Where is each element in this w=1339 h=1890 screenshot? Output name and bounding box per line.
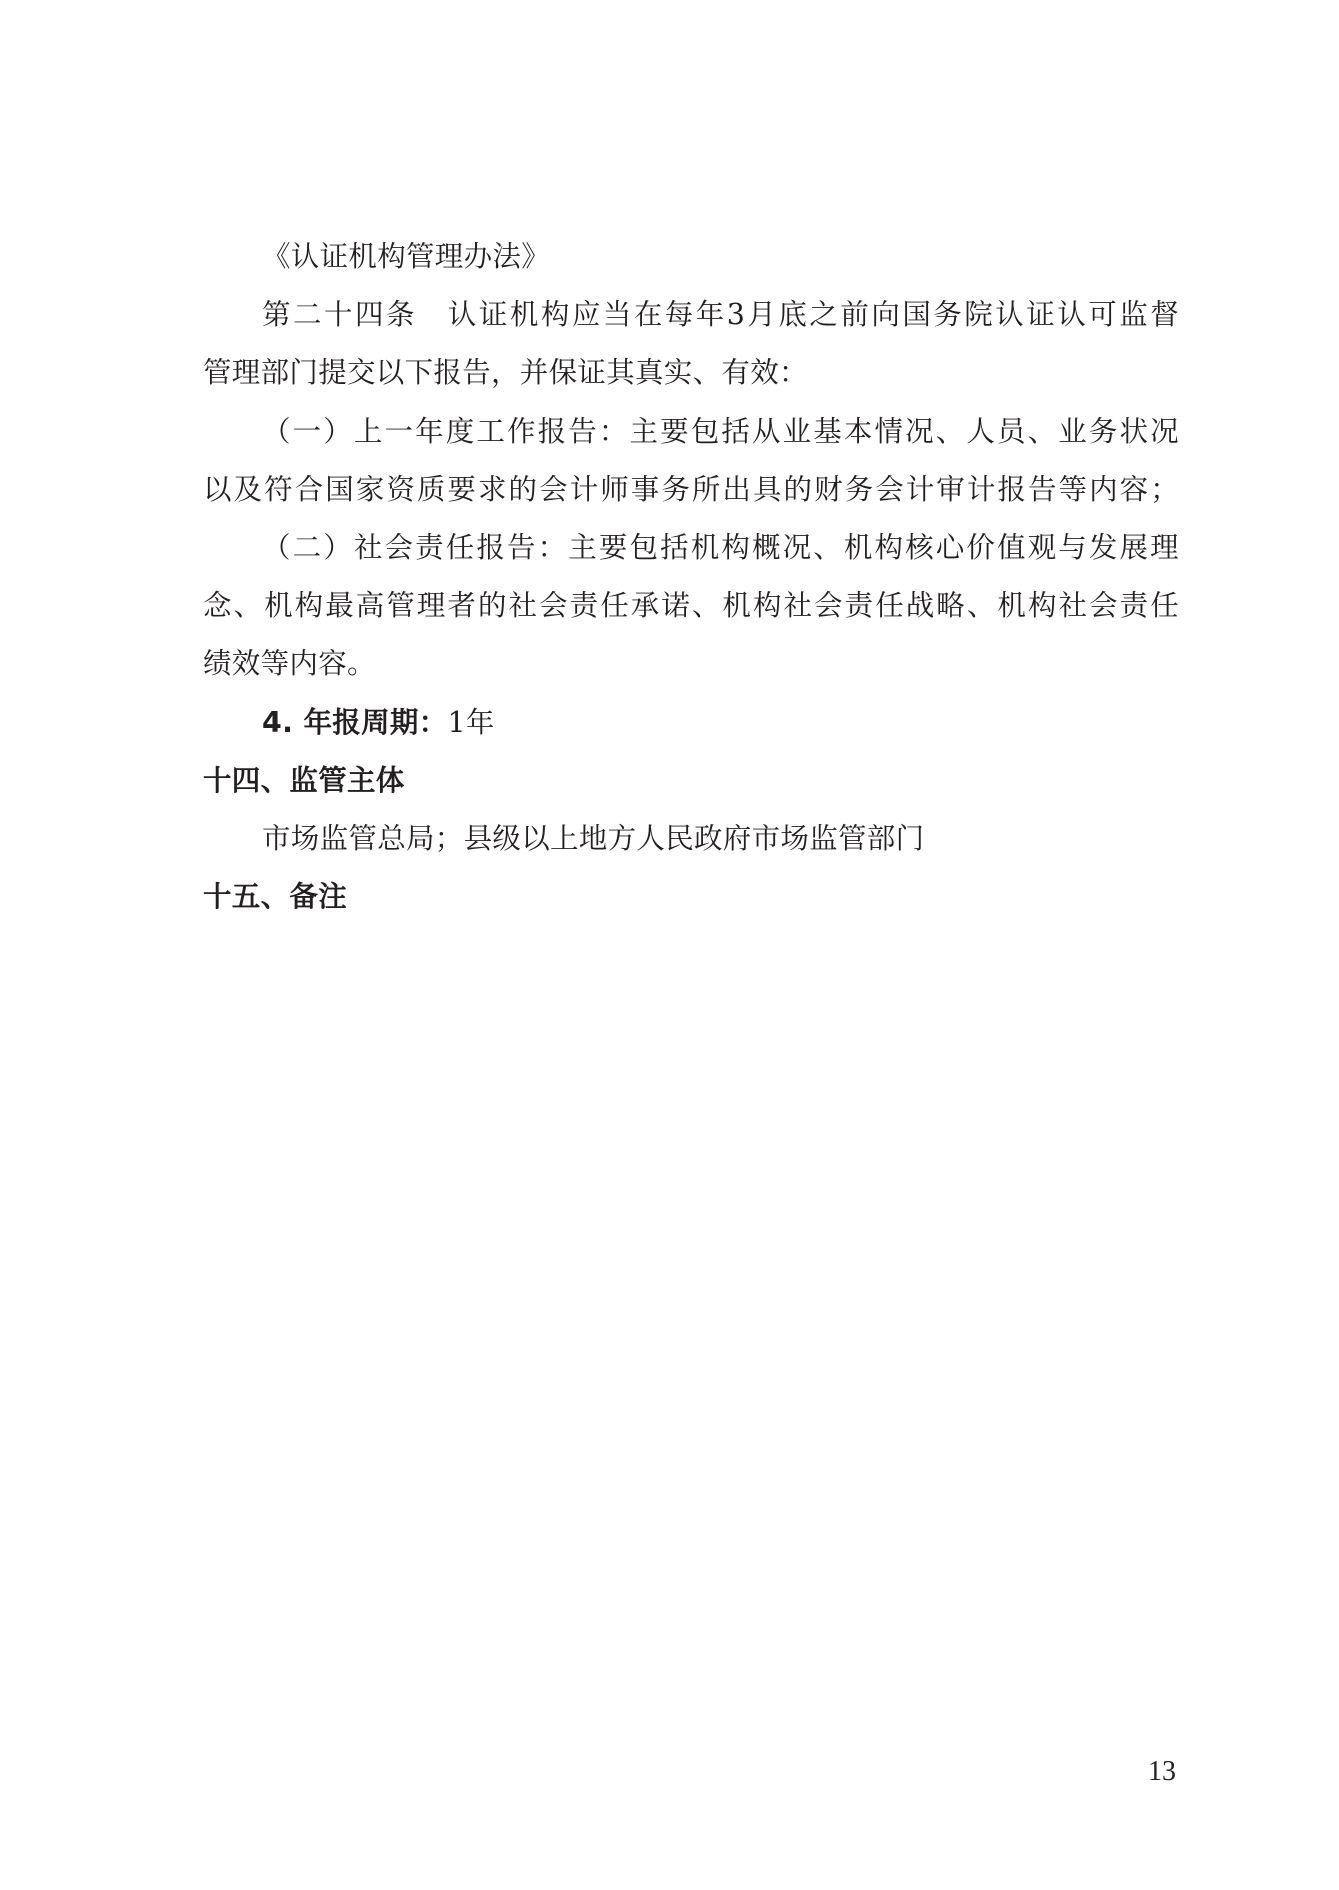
document-page: 《认证机构管理办法》 第二十四条 认证机构应当在每年3月底之前向国务院认证认可监… bbox=[0, 0, 1339, 1890]
regulation-title: 《认证机构管理办法》 bbox=[203, 228, 1179, 286]
page-number: 13 bbox=[1148, 1756, 1176, 1788]
section-15-heading: 十五、备注 bbox=[203, 868, 1179, 926]
item-2-line-2: 念、机构最高管理者的社会责任承诺、机构社会责任战略、机构社会责任 bbox=[203, 577, 1179, 635]
page-content: 《认证机构管理办法》 第二十四条 认证机构应当在每年3月底之前向国务院认证认可监… bbox=[203, 228, 1179, 926]
item-1-line-2: 以及符合国家资质要求的会计师事务所出具的财务会计审计报告等内容； bbox=[203, 461, 1179, 519]
article-24-line-1: 第二十四条 认证机构应当在每年3月底之前向国务院认证认可监督 bbox=[203, 286, 1179, 344]
item-2-line-1: （二）社会责任报告：主要包括机构概况、机构核心价值观与发展理 bbox=[203, 519, 1179, 577]
section-14-body: 市场监管总局；县级以上地方人民政府市场监管部门 bbox=[203, 810, 1179, 868]
section-14-heading: 十四、监管主体 bbox=[203, 752, 1179, 810]
article-24-line-2: 管理部门提交以下报告，并保证其真实、有效： bbox=[203, 344, 1179, 402]
item-1-line-1: （一）上一年度工作报告：主要包括从业基本情况、人员、业务状况 bbox=[203, 403, 1179, 461]
report-cycle: 4. 年报周期：1年 bbox=[203, 694, 1179, 752]
report-cycle-value: 1年 bbox=[447, 706, 494, 739]
report-cycle-label: 4. 年报周期： bbox=[262, 706, 447, 739]
item-2-line-3: 绩效等内容。 bbox=[203, 635, 1179, 693]
